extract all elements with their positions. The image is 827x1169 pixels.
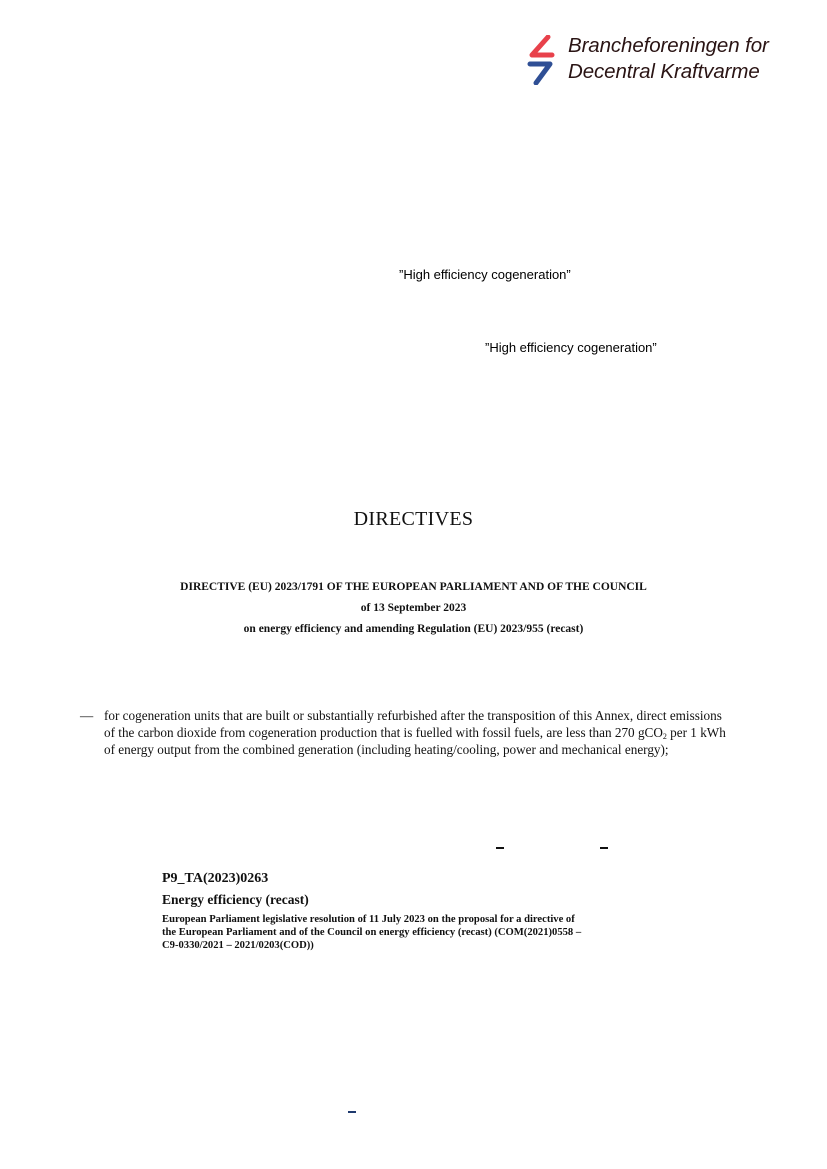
ep-resolution-line: C9-0330/2021 – 2021/0203(COD)) <box>162 939 642 952</box>
section-heading-directives: DIRECTIVES <box>0 508 827 531</box>
ep-resolution-line: European Parliament legislative resoluti… <box>162 913 642 926</box>
organization-logo: Brancheforeningen for Decentral Kraftvar… <box>526 33 796 89</box>
annex-line: of energy output from the combined gener… <box>104 741 750 758</box>
dash-mark <box>348 1111 356 1113</box>
ep-resolution-text: European Parliament legislative resoluti… <box>162 913 642 952</box>
annex-line-part: per 1 kWh <box>667 725 726 740</box>
organization-name-line2: Decentral Kraftvarme <box>568 59 769 85</box>
organization-name-line1: Brancheforeningen for <box>568 33 769 59</box>
quoted-term: ”High efficiency cogeneration” <box>485 340 657 355</box>
lightning-arrows-icon <box>526 35 556 85</box>
directive-date: of 13 September 2023 <box>0 598 827 619</box>
organization-name: Brancheforeningen for Decentral Kraftvar… <box>568 33 769 85</box>
annex-line-part: of the carbon dioxide from cogeneration … <box>104 725 663 740</box>
directive-subject: on energy efficiency and amending Regula… <box>0 619 827 640</box>
annex-bullet-text: for cogeneration units that are built or… <box>104 707 750 758</box>
directive-title-block: DIRECTIVE (EU) 2023/1791 OF THE EUROPEAN… <box>0 577 827 640</box>
ep-document-title: Energy efficiency (recast) <box>162 891 642 909</box>
directive-title: DIRECTIVE (EU) 2023/1791 OF THE EUROPEAN… <box>0 577 827 598</box>
dash-mark <box>496 847 504 849</box>
annex-bullet-item: — for cogeneration units that are built … <box>80 707 750 758</box>
dash-mark <box>600 847 608 849</box>
ep-document-code: P9_TA(2023)0263 <box>162 870 642 888</box>
em-dash-bullet: — <box>80 707 93 724</box>
ep-resolution-line: the European Parliament and of the Counc… <box>162 926 642 939</box>
ep-resolution-excerpt: P9_TA(2023)0263 Energy efficiency (recas… <box>162 870 642 952</box>
annex-line: for cogeneration units that are built or… <box>104 707 750 724</box>
quoted-term: ”High efficiency cogeneration” <box>399 267 571 282</box>
annex-line: of the carbon dioxide from cogeneration … <box>104 724 750 741</box>
